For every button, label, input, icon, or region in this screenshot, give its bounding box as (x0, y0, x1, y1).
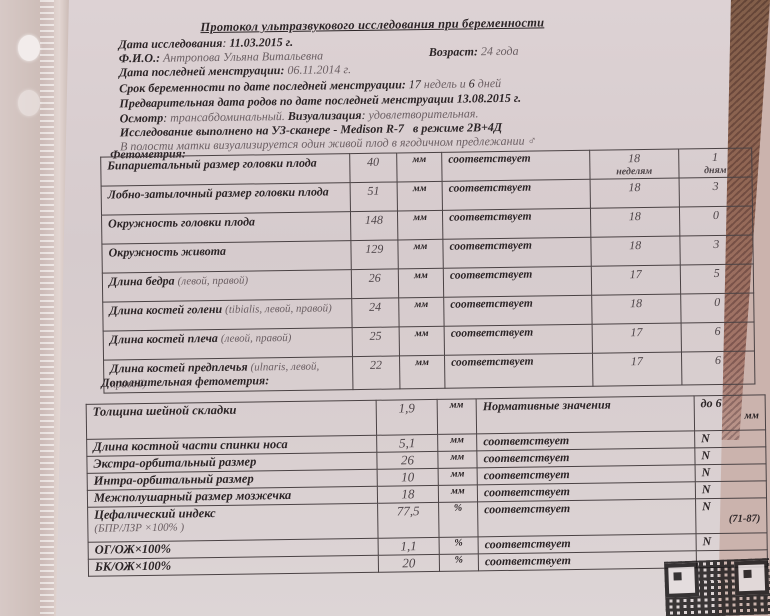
measure-days: 1дням (678, 148, 752, 178)
measure-name: Длина костей плеча (левой, правой) (103, 328, 352, 360)
measure-unit: мм (437, 434, 477, 452)
measure-status: соответствует (442, 179, 590, 210)
measure-unit: мм (437, 399, 477, 435)
term-days: 6 (469, 76, 475, 90)
qr-finder-pattern (664, 563, 699, 598)
measure-value: 25 (352, 327, 400, 357)
measure-weeks: 17 (591, 265, 680, 295)
norm-value: N (695, 481, 766, 499)
measure-name: Длина костей голени (tibialis, левой, пр… (103, 299, 352, 331)
measure-weeks: 18 (591, 294, 680, 324)
measure-unit: мм (438, 451, 478, 469)
measure-days: 3 (680, 235, 754, 265)
measure-value: 77,5 (378, 502, 439, 538)
measure-value: 20 (378, 554, 439, 572)
extra-fetometry-table: Толщина шейной складки1,9ммНормативные з… (86, 394, 768, 576)
measure-value: 10 (377, 468, 438, 486)
measure-value: 1,9 (376, 399, 437, 435)
qr-code (664, 558, 770, 616)
measure-name: Окружность живота (102, 241, 351, 273)
norm-value: до 6мм (694, 395, 766, 431)
measure-status: Нормативные значения (476, 396, 694, 434)
qr-finder-pattern (734, 560, 769, 595)
measure-status: соответствует (443, 237, 591, 268)
patient-age: 24 года (481, 44, 519, 59)
measure-unit: мм (397, 152, 443, 182)
extra-fetometry-heading: Дополнительная фетометрия: (101, 373, 269, 390)
measure-weeks: 17 (592, 323, 681, 353)
measure-weeks: 18 (591, 236, 680, 266)
measure-value: 26 (351, 269, 399, 299)
age-line: Возраст: 24 года (429, 44, 519, 60)
measure-weeks: 18неделям (589, 149, 678, 179)
norm-value: N (695, 447, 766, 465)
measure-status: соответствует (443, 208, 591, 239)
measure-days: 0 (680, 293, 754, 323)
measure-unit: мм (398, 239, 444, 269)
measure-status: соответствует (443, 266, 591, 297)
lmp-date: 06.11.2014 г. (287, 62, 351, 77)
punch-hole (18, 90, 40, 116)
measure-value: 1,1 (378, 537, 439, 555)
measure-days: 5 (680, 264, 754, 294)
measure-unit: мм (399, 297, 445, 327)
measure-days: 3 (679, 177, 753, 207)
measure-value: 40 (349, 153, 397, 183)
measure-name: Лобно-затылочный размер головки плода (101, 183, 350, 215)
measure-unit: мм (397, 210, 443, 240)
male-sex-icon: ♂ (527, 134, 536, 148)
measure-days: 0 (679, 206, 753, 236)
measure-weeks: 17 (592, 352, 681, 386)
norm-value: N (695, 464, 766, 482)
document-title: Протокол ультразвукового исследования пр… (200, 15, 544, 35)
measure-status: соответствует (444, 324, 592, 355)
fetometry-table: Бипариетальный размер головки плода 40мм… (100, 147, 755, 393)
measure-status: соответствует (442, 150, 590, 181)
measure-weeks: 18 (590, 178, 679, 208)
measure-status: соответствует (445, 353, 593, 388)
sleeve-edge (40, 0, 54, 616)
norm-value: N (695, 430, 766, 448)
measure-value: 24 (351, 298, 399, 328)
measure-unit: мм (438, 485, 478, 503)
term-weeks: 17 (409, 77, 421, 91)
measure-value: 26 (377, 451, 438, 469)
punch-hole (18, 35, 40, 61)
measure-days: 6 (681, 322, 755, 352)
due-date: 13.08.2015 г. (457, 91, 521, 106)
measure-days: 6 (681, 351, 755, 385)
measure-value: 22 (352, 356, 400, 390)
measure-name: Толщина шейной складки (86, 400, 377, 439)
ultrasound-protocol: Протокол ультразвукового исследования пр… (70, 0, 749, 616)
measure-value: 5,1 (377, 434, 438, 452)
measure-unit: % (438, 502, 478, 538)
measure-value: 148 (350, 211, 398, 241)
measure-unit: % (439, 537, 479, 555)
measure-name: Бипариетальный размер головки плода (101, 154, 350, 186)
measure-value: 18 (377, 485, 438, 503)
measure-unit: мм (438, 468, 478, 486)
measure-unit: мм (397, 181, 443, 211)
measure-value: 51 (350, 182, 398, 212)
measure-name: Окружность головки плода (102, 212, 351, 244)
measure-unit: мм (399, 355, 445, 389)
measure-status: соответствует (444, 295, 592, 326)
measure-weeks: 18 (590, 207, 679, 237)
measure-unit: мм (399, 326, 445, 356)
measure-unit: % (439, 554, 479, 572)
measure-unit: мм (398, 268, 444, 298)
norm-value: N(71-87) (695, 498, 767, 534)
exam-date: 11.03.2015 г. (229, 35, 293, 50)
measure-value: 129 (351, 240, 399, 270)
measure-status: соответствует (478, 499, 696, 537)
measure-name: БК/ОЖ×100% (88, 555, 378, 576)
norm-value: N (696, 533, 767, 551)
measure-name: Длина бедра (левой, правой) (102, 270, 351, 302)
measure-name: Цефалический индекс(БПР/ЛЗР ×100% ) (88, 503, 379, 542)
